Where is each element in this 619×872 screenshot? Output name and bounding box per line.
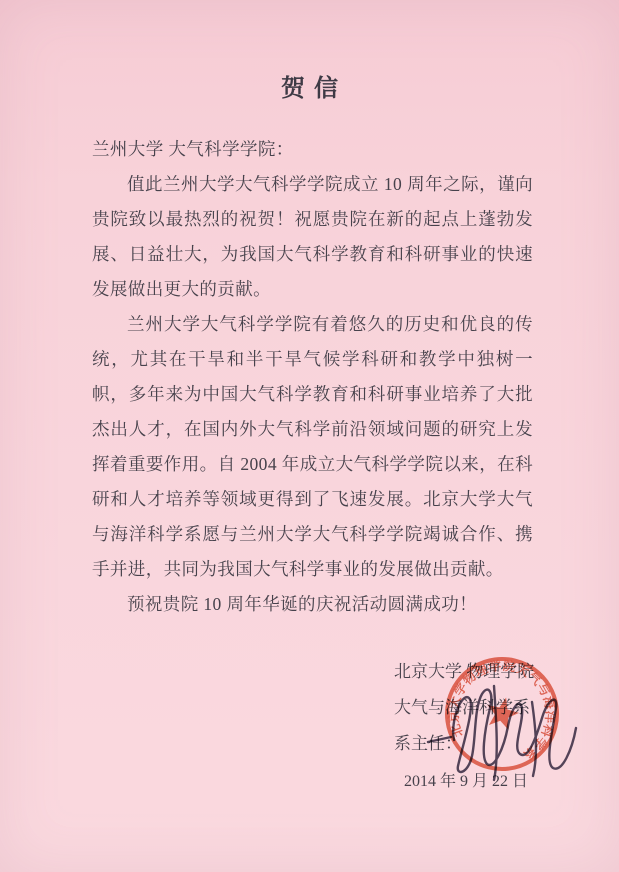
letter-body: 兰州大学 大气科学学院： 值此兰州大学大气科学学院成立 10 周年之际，谨向贵院… [92,132,533,622]
scanned-letter-page: 贺信 兰州大学 大气科学学院： 值此兰州大学大气科学学院成立 10 周年之际，谨… [0,0,619,872]
letter-title: 贺信 [0,68,619,103]
paragraph-1: 值此兰州大学大气科学学院成立 10 周年之际，谨向贵院致以最热烈的祝贺！祝愿贵院… [92,167,533,307]
handwritten-signature [424,678,580,784]
paragraph-2: 兰州大学大气科学学院有着悠久的历史和优良的传统，尤其在干旱和半干旱气候学科研和教… [92,307,533,587]
paragraph-3: 预祝贵院 10 周年华诞的庆祝活动圆满成功！ [92,587,533,622]
salutation: 兰州大学 大气科学学院： [92,132,533,167]
